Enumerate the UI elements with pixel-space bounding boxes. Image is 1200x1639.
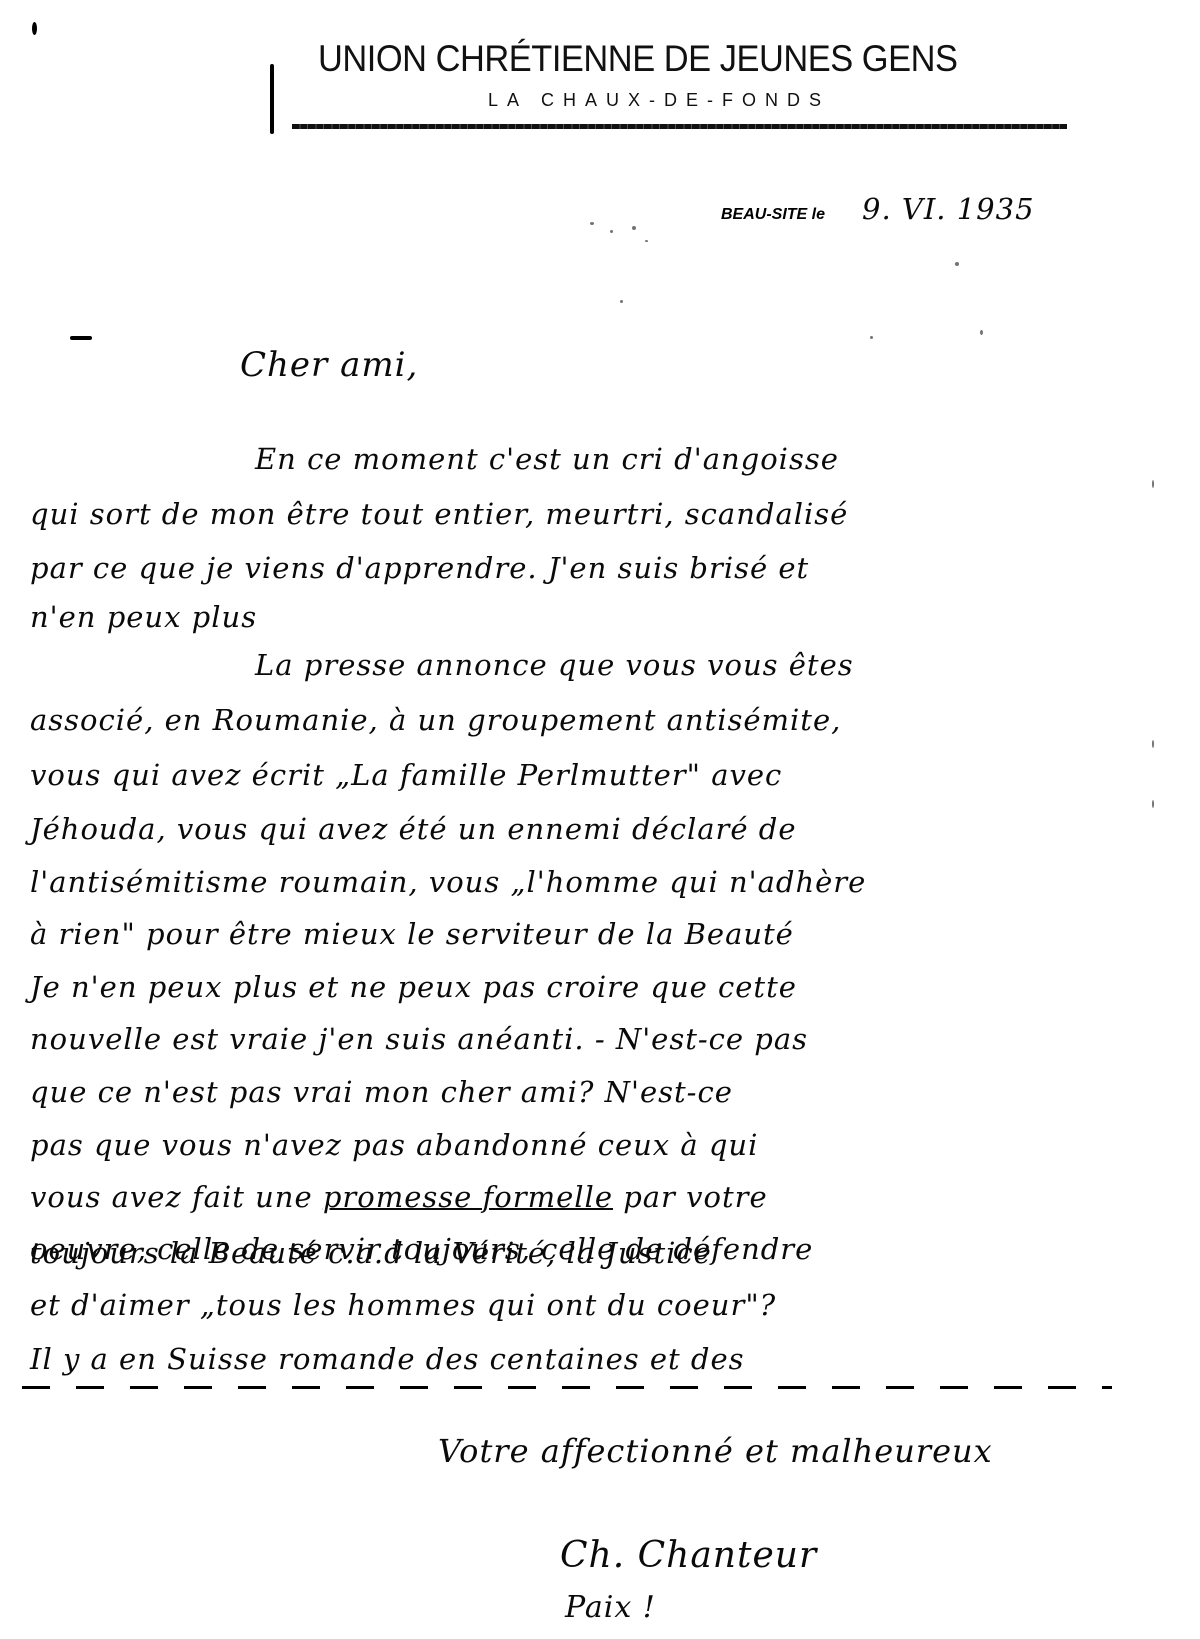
signature: Ch. Chanteur [560,1535,817,1576]
letter-line: par ce que je viens d'apprendre. J'en su… [30,551,809,585]
closing: Votre affectionné et malheureux [438,1432,993,1470]
dashed-separator [22,1386,1112,1389]
letter-line: Jéhouda, vous qui avez été un ennemi déc… [30,812,797,846]
letter-line: l'antisémitisme roumain, vous „l'homme q… [30,865,866,899]
letterhead-rule [292,124,1067,129]
letter-line: La presse annonce que vous vous êtes [255,648,854,682]
scan-speckle [980,330,983,335]
letter-line: associé, en Roumanie, à un groupement an… [30,703,841,737]
letterhead-organization: UNION CHRÉTIENNE DE JEUNES GENS [318,38,1025,80]
letter-line: Je n'en peux plus et ne peux pas croire … [30,970,797,1004]
letter-line: et d'aimer „tous les hommes qui ont du c… [30,1288,776,1322]
letter-line-with-underline: vous avez fait une promesse formelle par… [30,1180,768,1214]
letter-line-text: vous avez fait une promesse formelle par… [30,1180,768,1214]
signature-line-2: Paix ! [565,1590,656,1625]
letterhead-city: LA CHAUX-DE-FONDS [488,90,968,111]
margin-ink-mark [270,64,274,134]
scan-speckle [610,230,613,233]
letter-line: à rien" pour être mieux le serviteur de … [30,917,794,951]
scanned-letter-page: UNION CHRÉTIENNE DE JEUNES GENS LA CHAUX… [0,0,1200,1639]
letter-line: toujours la Beauté c.a.d la Vérité, la J… [30,1236,712,1270]
letter-line: que ce n'est pas vrai mon cher ami? N'es… [30,1075,733,1109]
salutation: Cher ami, [240,345,418,385]
letter-line: n'en peux plus [30,600,257,634]
scan-speckle [1152,740,1154,748]
scan-speckle [645,240,648,242]
scan-speckle [620,300,623,303]
scan-speckle [1152,800,1154,808]
letter-line-last: Il y a en Suisse romande des centaines e… [30,1342,745,1376]
scan-speckle [1152,480,1154,488]
letter-line: nouvelle est vraie j'en suis anéanti. - … [30,1022,808,1056]
underlined-phrase: promesse formelle [323,1180,613,1214]
scan-speckle [632,226,636,230]
letter-line: vous qui avez écrit „La famille Perlmutt… [30,758,782,792]
letter-line: qui sort de mon être tout entier, meurtr… [30,497,848,531]
margin-ink-mark [32,22,37,35]
letter-line: pas que vous n'avez pas abandonné ceux à… [30,1128,758,1162]
margin-dash-mark [70,336,92,340]
scan-speckle [590,222,594,225]
scan-speckle [870,336,873,339]
scan-speckle [955,262,959,266]
dateline-place: BEAU-SITE le [721,206,825,224]
dateline-date: 9. VI. 1935 [862,192,1035,226]
letter-line: En ce moment c'est un cri d'angoisse [255,442,839,476]
